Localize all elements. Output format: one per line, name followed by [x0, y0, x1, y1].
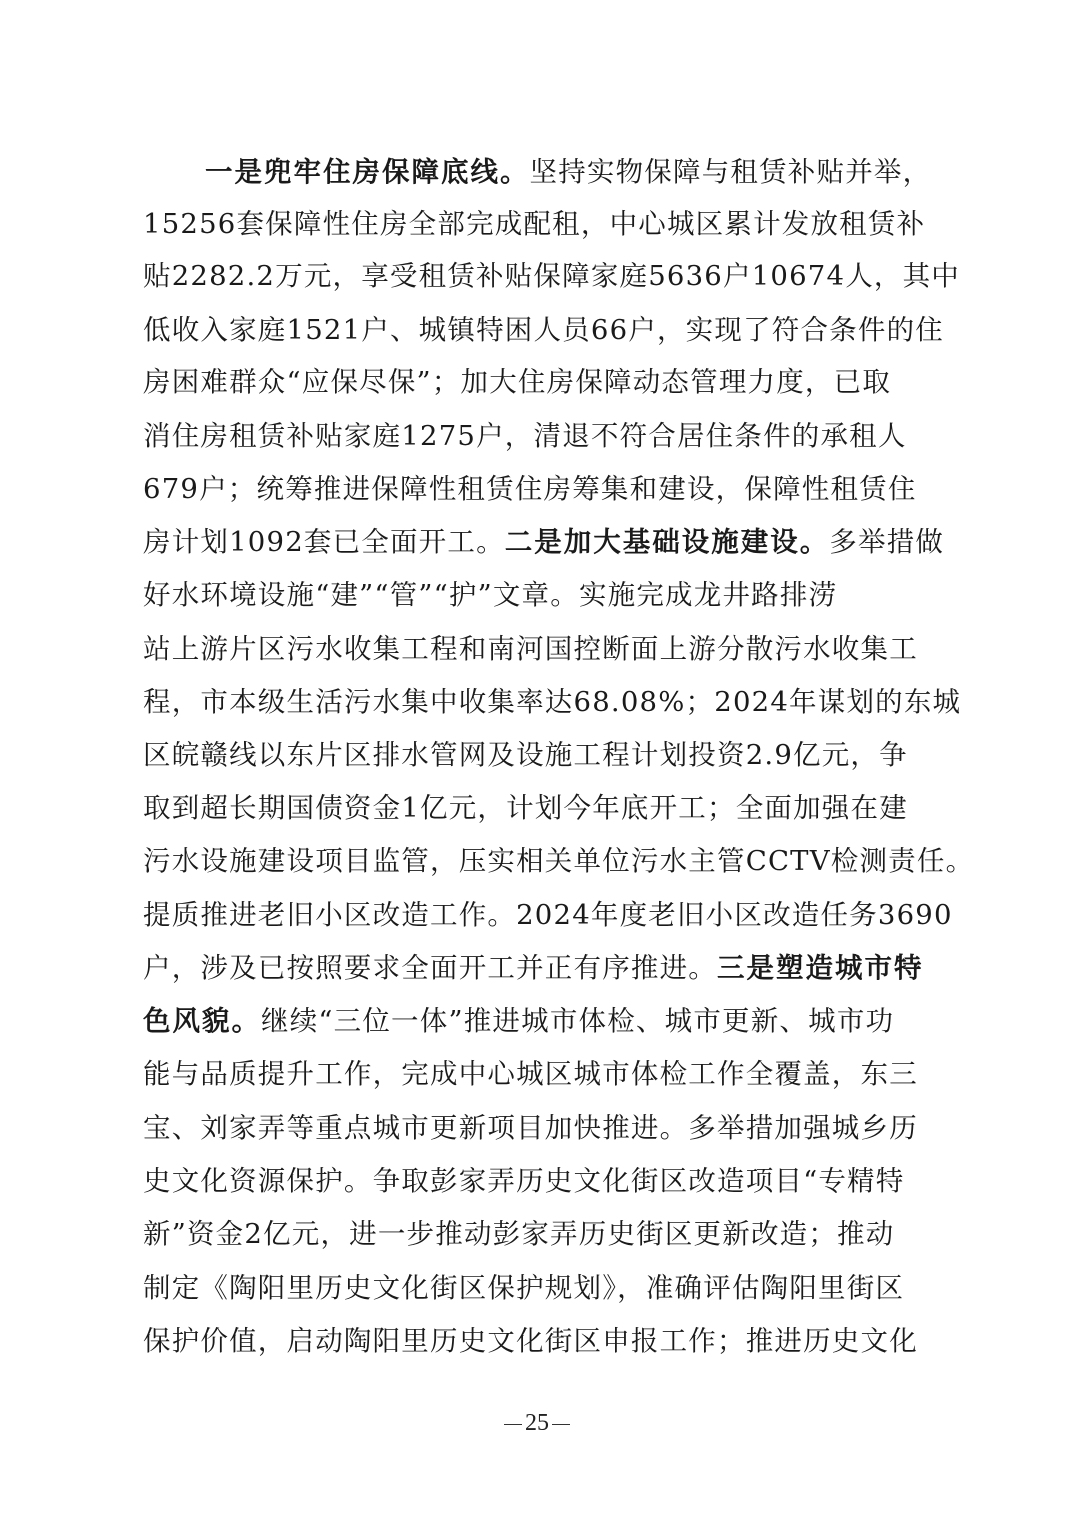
paragraph-line-23: 保护价值，启动陶阳里历史文化街区申报工作；推进历史文化	[143, 1314, 918, 1368]
paragraph-line-7: 679户；统筹推进保障性租赁住房筹集和建设，保障性租赁住	[143, 462, 917, 516]
document-page: 一是兜牢住房保障底线。坚持实物保障与租赁补贴并举， 15256套保障性住房全部完…	[0, 0, 1074, 1520]
paragraph-line-4: 低收入家庭1521户、城镇特困人员66户，实现了符合条件的住	[143, 303, 944, 357]
page-footer: 25	[0, 1410, 1074, 1437]
paragraph-line-2: 15256套保障性住房全部完成配租，中心城区累计发放租赁补	[143, 197, 925, 251]
section-heading-2: 二是加大基础设施建设。	[505, 526, 830, 558]
paragraph-line-17: 色风貌。继续“三位一体”推进城市体检、城市更新、城市功	[143, 994, 894, 1048]
paragraph-line-10: 站上游片区污水收集工程和南河国控断面上游分散污水收集工	[143, 622, 918, 676]
paragraph-line-16: 户，涉及已按照要求全面开工并正有序推进。三是塑造城市特	[143, 941, 924, 995]
paragraph-line-9: 好水环境设施“建”“管”“护”文章。实施完成龙井路排涝	[143, 568, 837, 622]
paragraph-line-11: 程，市本级生活污水集中收集率达68.08%；2024年谋划的东城	[143, 675, 961, 729]
paragraph-line-6: 消住房租赁补贴家庭1275户，清退不符合居住条件的承租人	[143, 409, 907, 463]
section-heading-3-cont: 色风貌。	[143, 1005, 261, 1037]
paragraph-line-19: 宝、刘家弄等重点城市更新项目加快推进。多举措加强城乡历	[143, 1101, 918, 1155]
paragraph-line-18: 能与品质提升工作，完成中心城区城市体检工作全覆盖，东三	[143, 1047, 918, 1101]
paragraph-line-22: 制定《陶阳里历史文化街区保护规划》，准确评估陶阳里街区	[143, 1261, 904, 1315]
section-heading-1: 一是兜牢住房保障底线。	[205, 156, 530, 188]
paragraph-line-1: 一是兜牢住房保障底线。坚持实物保障与租赁补贴并举，	[205, 145, 931, 199]
paragraph-line-21: 新”资金2亿元，进一步推动彭家弄历史街区更新改造；推动	[143, 1207, 894, 1261]
paragraph-line-13: 取到超长期国债资金1亿元，计划今年底开工；全面加强在建	[143, 781, 908, 835]
paragraph-line-8: 房计划1092套已全面开工。二是加大基础设施建设。多举措做	[143, 515, 944, 569]
dash-left	[504, 1424, 522, 1425]
section-heading-3: 三是塑造城市特	[717, 952, 924, 984]
page-number: 25	[525, 1410, 549, 1436]
paragraph-line-12: 区皖赣线以东片区排水管网及设施工程计划投资2.9亿元，争	[143, 728, 908, 782]
paragraph-line-14: 污水设施建设项目监管，压实相关单位污水主管CCTV检测责任。	[143, 834, 974, 888]
paragraph-line-15: 提质推进老旧小区改造工作。2024年度老旧小区改造任务3690	[143, 888, 953, 942]
paragraph-line-3: 贴2282.2万元，享受租赁补贴保障家庭5636户10674人，其中	[143, 249, 960, 303]
paragraph-line-5: 房困难群众“应保尽保”；加大住房保障动态管理力度，已取	[143, 355, 891, 409]
dash-right	[552, 1424, 570, 1425]
paragraph-line-20: 史文化资源保护。争取彭家弄历史文化街区改造项目“专精特	[143, 1154, 904, 1208]
